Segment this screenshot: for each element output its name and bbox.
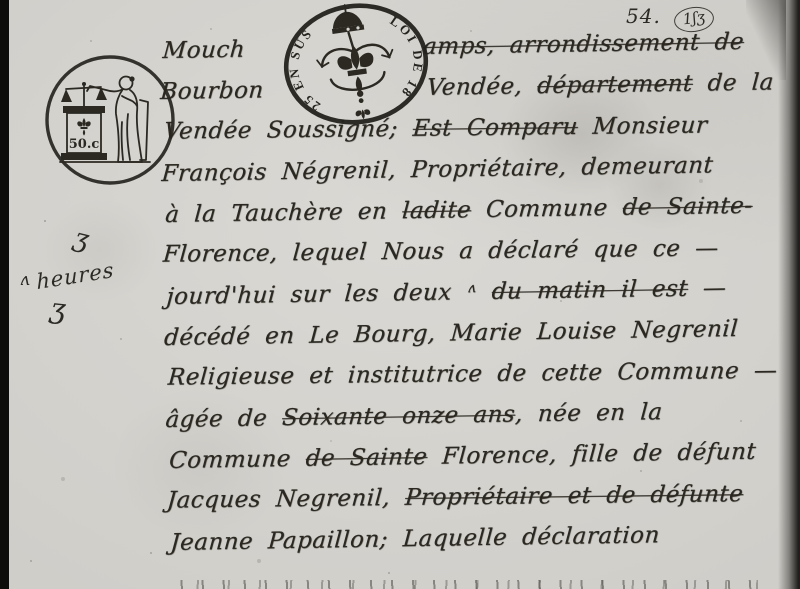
renvoi-flourish-bottom: ʒ [48,291,67,325]
pedestal: 50.c [61,106,107,160]
renvoi-flourish-top: ʒ [71,223,93,256]
stamp-ring [47,57,173,183]
manuscript-text: à la Tauchère en [164,198,403,228]
manuscript-text: Monsieur [577,112,709,140]
manuscript-text: âgée de [165,405,283,433]
scales-icon [61,82,107,106]
fleur-de-lis-icon [77,118,90,136]
decime-stamp: 25 EN SUS LOI DE 1816 [267,0,445,144]
manuscript-text: , née en la [514,399,663,427]
manuscript-text: jourd'hui sur les deux [166,279,468,310]
clipped-bottom-line [168,574,758,589]
manuscript-text: Soixante onze ans [281,401,516,431]
margin-note-text: heures [36,258,115,294]
stamp-denomination: 50.c [69,137,100,152]
manuscript-text: de Sainte- [622,193,754,221]
manuscript-text: département [536,71,693,99]
manuscript-text: Commune [168,446,306,474]
manuscript-text: amps, arrondissement de [422,29,745,60]
scan-edge-left [0,0,9,589]
manuscript-text: de Sainte [305,444,428,472]
manuscript-text: Vendée, [426,73,538,101]
folio-annotation: 54. 1ʃʒ [626,4,714,32]
act-number: 54. [626,4,661,28]
insertion-caret: ʌ [20,270,30,290]
manuscript-text: du matin il est [491,276,689,305]
revenue-stamp-50c: 50.c [40,50,180,190]
manuscript-text: Florence, lequel Nous a déclaré que ce — [162,235,720,267]
manuscript-text-block: Mouchamps, arrondissement deBourbonVendé… [159,28,792,571]
scanned-death-record-page: 54. 1ʃʒ 50.c [0,0,800,589]
manuscript-text: ladite [401,197,472,224]
manuscript-text: Florence, fille de défunt [426,439,757,470]
circled-paraph: 1ʃʒ [673,5,716,35]
page-gutter-shadow [778,0,800,589]
manuscript-text: Commune [470,195,623,223]
manuscript-text: Religieuse et institutrice de cette Comm… [167,358,778,391]
margin-note-heures: ʒ ʌ heures ʒ [8,228,128,358]
manuscript-text: — [687,275,727,302]
manuscript-line: Jeanne Papaillon; Laquelle déclaration [168,520,793,571]
stamp-arc-text-left: 25 EN SUS [280,24,326,118]
manuscript-text: Jacques Negrenil, [166,485,406,514]
manuscript-text: Propriétaire et de défunte [404,481,744,511]
